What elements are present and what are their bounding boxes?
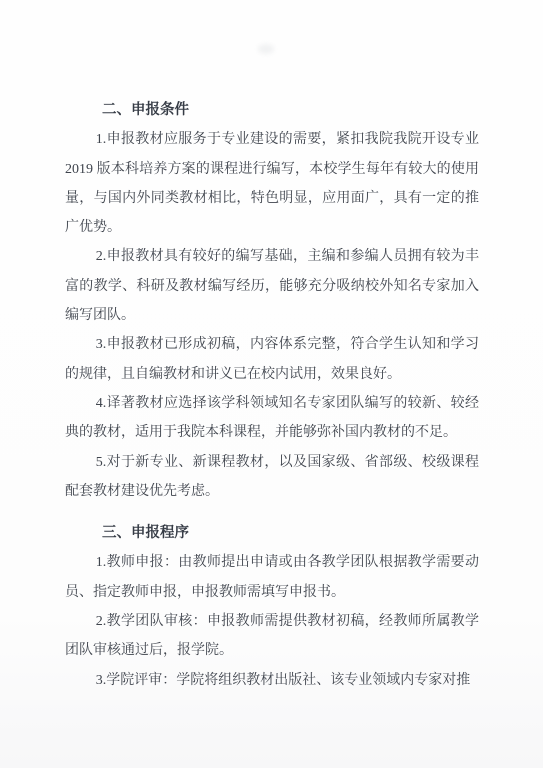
paragraph-condition-4: 4.译著教材应选择该学科领域知名专家团队编写的较新、较经典的教材，适用于我院本科… [65,389,479,448]
paragraph-procedure-3: 3.学院评审：学院将组织教材出版社、该专业领域内专家对推 [65,666,479,695]
section-application-procedure: 三、申报程序 1.教师申报：由教师提出申请或由各教学团队根据教学需要动员、指定教… [65,519,479,695]
document-content: 二、申报条件 1.申报教材应服务于专业建设的需要，紧扣我院我院开设专业 2019… [65,96,479,695]
paragraph-procedure-1: 1.教师申报：由教师提出申请或由各教学团队根据教学需要动员、指定教师申报，申报教… [65,548,479,607]
paragraph-condition-1: 1.申报教材应服务于专业建设的需要，紧扣我院我院开设专业 2019 版本科培养方… [65,125,479,242]
paragraph-condition-5: 5.对于新专业、新课程教材，以及国家级、省部级、校级课程配套教材建设优先考虑。 [65,448,479,507]
scan-artifact [258,44,274,54]
section-heading-procedure: 三、申报程序 [65,519,479,548]
paragraph-condition-2: 2.申报教材具有较好的编写基础，主编和参编人员拥有较为丰富的教学、科研及教材编写… [65,242,479,330]
section-heading-conditions: 二、申报条件 [65,96,479,125]
document-page: 二、申报条件 1.申报教材应服务于专业建设的需要，紧扣我院我院开设专业 2019… [0,0,543,768]
paragraph-condition-3: 3.申报教材已形成初稿，内容体系完整，符合学生认知和学习的规律，且自编教材和讲义… [65,330,479,389]
paragraph-procedure-2: 2.教学团队审核：申报教师需提供教材初稿，经教师所属教学团队审核通过后，报学院。 [65,607,479,666]
section-application-conditions: 二、申报条件 1.申报教材应服务于专业建设的需要，紧扣我院我院开设专业 2019… [65,96,479,506]
